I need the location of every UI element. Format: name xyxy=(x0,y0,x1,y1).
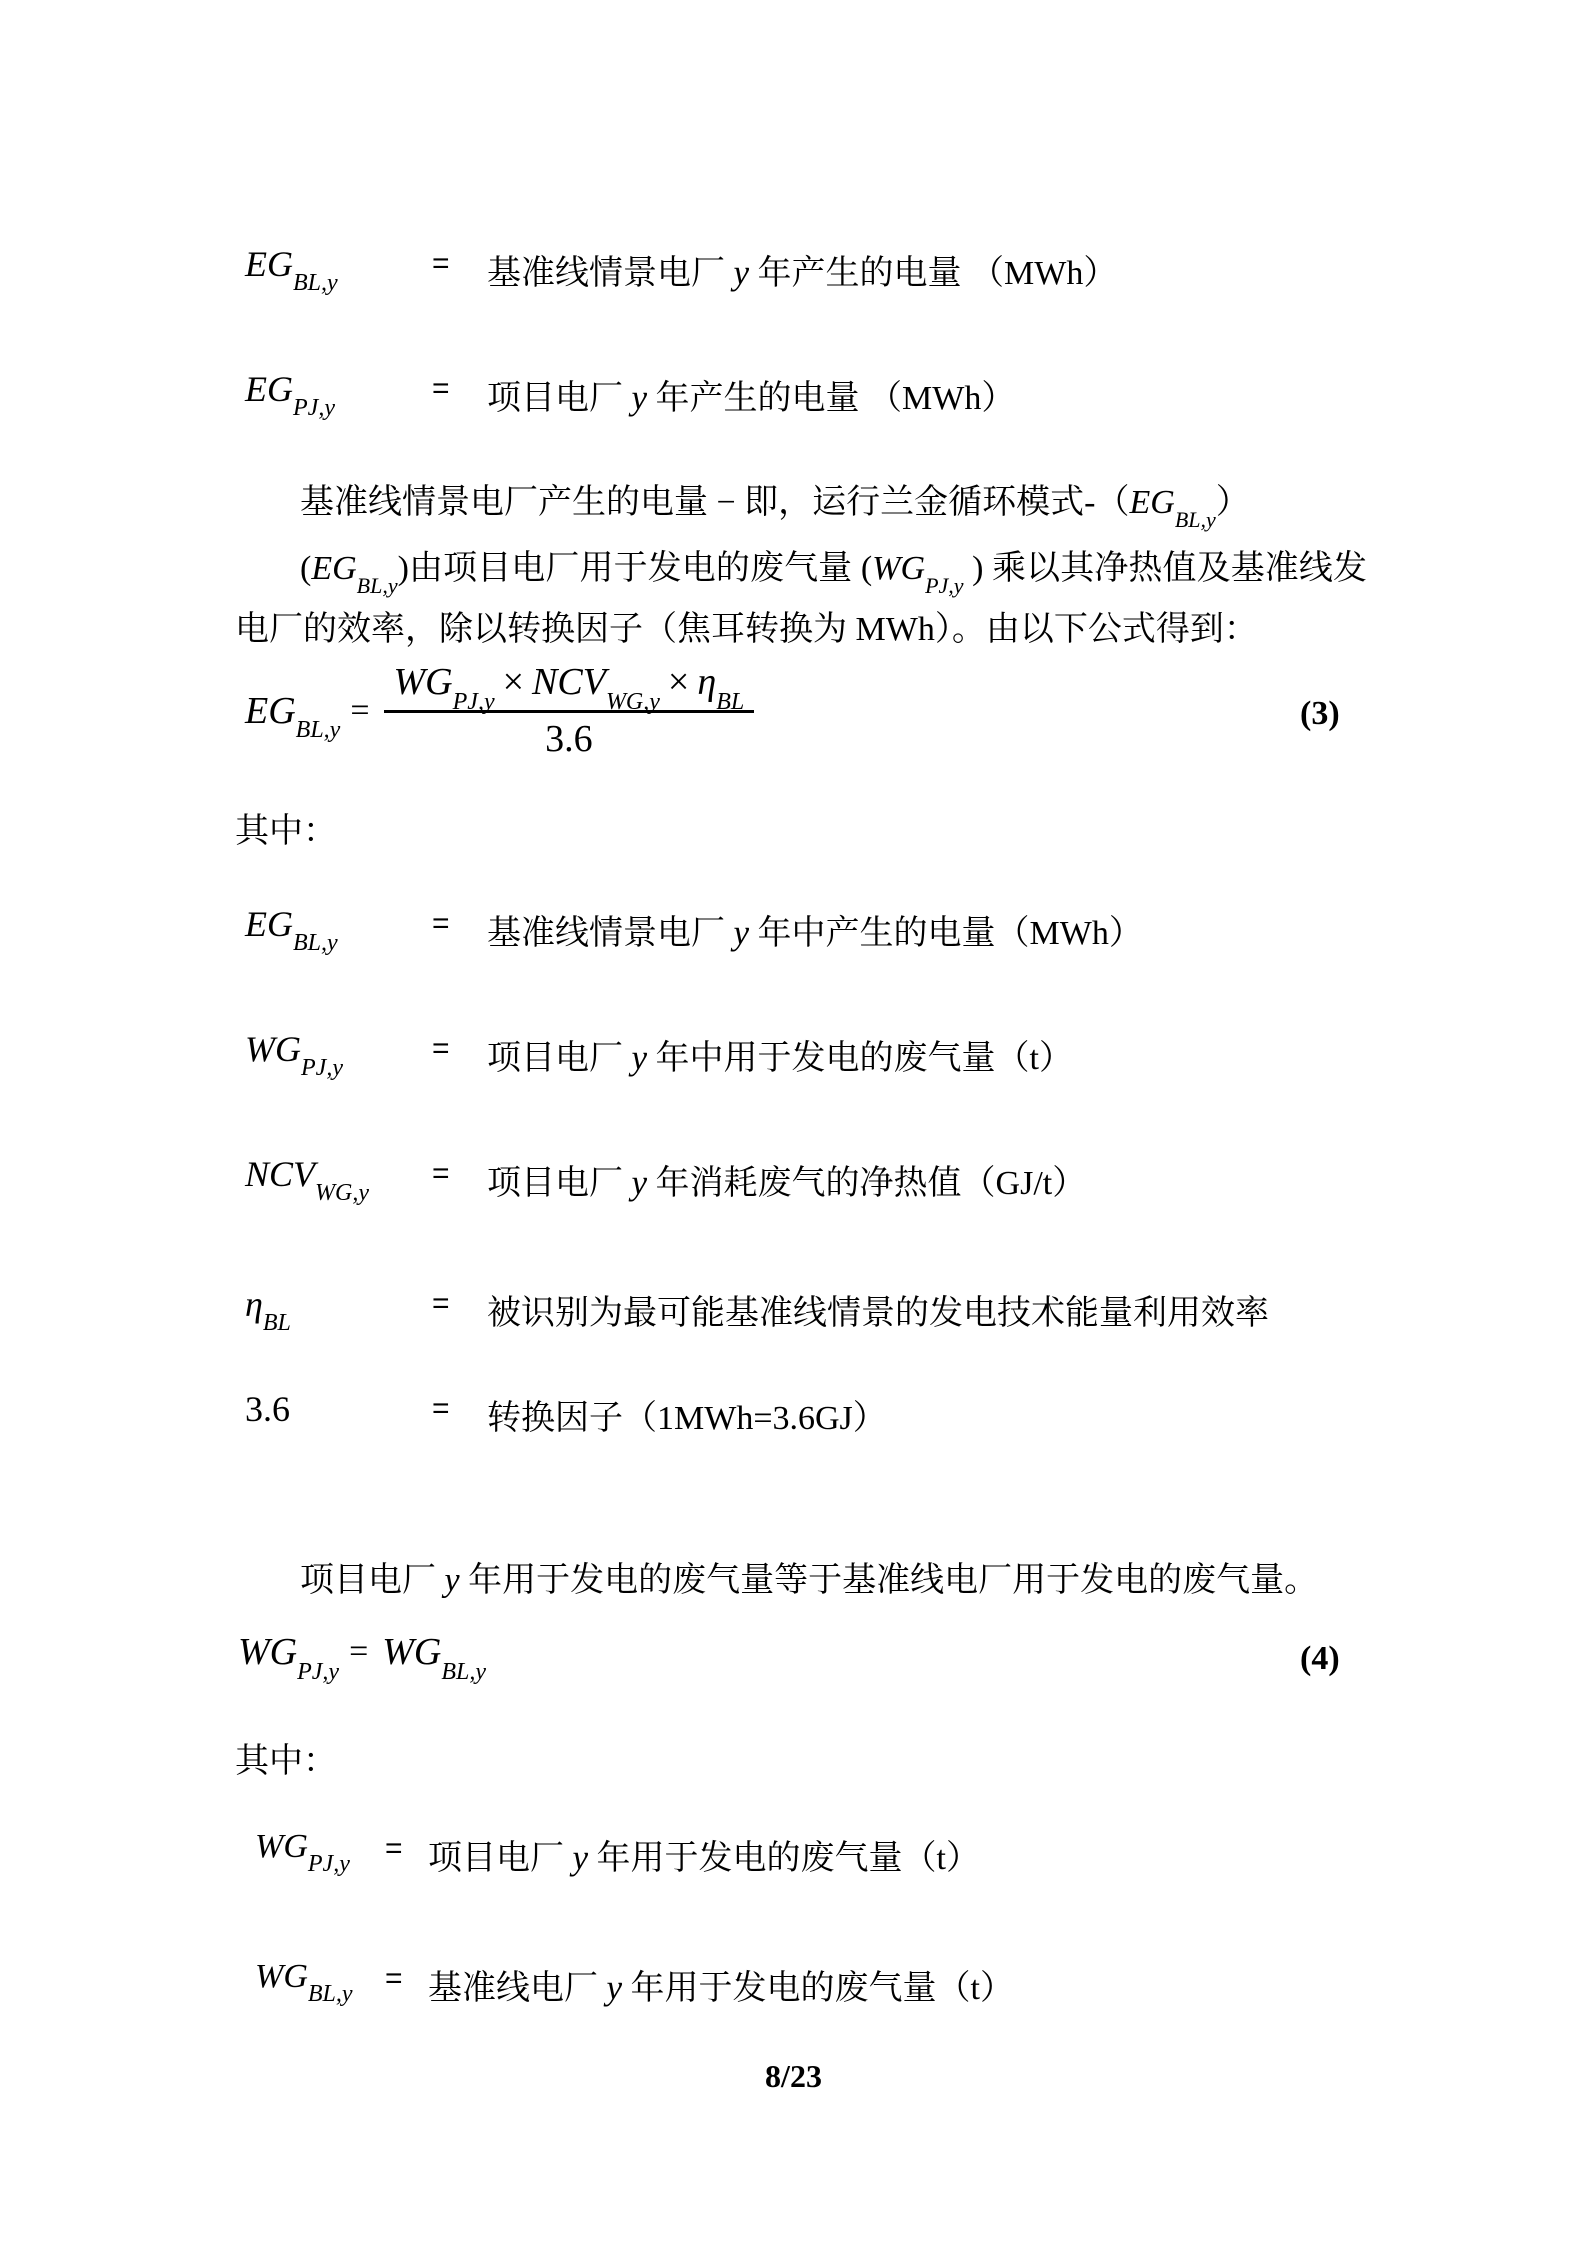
document-page: EGBL,y = 基准线情景电厂 y 年产生的电量 （MWh） EGPJ,y =… xyxy=(0,0,1587,2245)
fraction-denominator: 3.6 xyxy=(545,713,593,761)
equals-sign: = xyxy=(349,1633,368,1671)
definition-term: NCVWG,y xyxy=(245,1153,369,1195)
definition-row: EGBL,y = 基准线情景电厂 y 年中产生的电量（MWh） xyxy=(0,903,1587,963)
definition-description: 转换因子（1MWh=3.6GJ） xyxy=(487,1390,887,1439)
definition-term: EGBL,y xyxy=(245,903,338,945)
equals-sign: = xyxy=(432,372,450,406)
definition-description: 项目电厂 y 年用于发电的废气量（t） xyxy=(428,1830,980,1879)
where-label: 其中： xyxy=(235,803,337,852)
definition-term: WGPJ,y xyxy=(255,1828,350,1866)
paragraph-formula-explanation: (EGBL,y)由项目电厂用于发电的废气量 (WGPJ,y ) 乘以其净热值及基… xyxy=(235,538,1367,660)
formula-number: (3) xyxy=(1300,695,1340,733)
definition-term: WGBL,y xyxy=(255,1958,353,1996)
definition-description: 基准线情景电厂 y 年中产生的电量（MWh） xyxy=(487,905,1143,954)
formula-4: WGPJ,y = WGBL,y xyxy=(238,1630,486,1674)
definition-term: EGPJ,y xyxy=(245,368,335,410)
where-label: 其中： xyxy=(235,1733,337,1782)
equals-sign: = xyxy=(385,1832,403,1866)
equals-sign: = xyxy=(432,1157,450,1191)
definition-row: WGBL,y = 基准线电厂 y 年用于发电的废气量（t） xyxy=(0,1958,1587,2018)
definition-term: WGPJ,y xyxy=(245,1028,343,1070)
definition-description: 基准线电厂 y 年用于发电的废气量（t） xyxy=(428,1960,1014,2009)
definition-description: 项目电厂 y 年中用于发电的废气量（t） xyxy=(487,1030,1073,1079)
equals-sign: = xyxy=(432,1287,450,1321)
definition-row: WGPJ,y = 项目电厂 y 年中用于发电的废气量（t） xyxy=(0,1028,1587,1088)
definition-description: 基准线情景电厂 y 年产生的电量 （MWh） xyxy=(487,245,1117,294)
fraction-numerator: WGPJ,y×NCVWG,y×ηBL xyxy=(384,660,755,713)
definition-term: 3.6 xyxy=(245,1388,290,1430)
formula-3: EGBL,y = WGPJ,y×NCVWG,y×ηBL 3.6 xyxy=(245,660,754,761)
definition-description: 项目电厂 y 年产生的电量 （MWh） xyxy=(487,370,1015,419)
fraction: WGPJ,y×NCVWG,y×ηBL 3.6 xyxy=(384,660,755,761)
definition-description: 项目电厂 y 年消耗废气的净热值（GJ/t） xyxy=(487,1155,1086,1204)
formula-number: (4) xyxy=(1300,1640,1340,1678)
definition-row: EGBL,y = 基准线情景电厂 y 年产生的电量 （MWh） xyxy=(0,243,1587,303)
formula-lhs: WGPJ,y xyxy=(238,1630,339,1674)
page-number: 8/23 xyxy=(0,2058,1587,2095)
multiply-sign: × xyxy=(660,661,697,703)
definition-row: 3.6 = 转换因子（1MWh=3.6GJ） xyxy=(0,1388,1587,1448)
equals-sign: = xyxy=(385,1962,403,1996)
paragraph-baseline-intro: 基准线情景电厂产生的电量 − 即，运行兰金循环模式-（EGBL,y） xyxy=(235,472,1367,533)
formula-rhs: WGBL,y xyxy=(382,1630,486,1674)
equals-sign: = xyxy=(432,247,450,281)
definition-term: ηBL xyxy=(245,1283,291,1325)
equals-sign: = xyxy=(350,692,369,730)
definition-row: ηBL = 被识别为最可能基准线情景的发电技术能量利用效率 xyxy=(0,1283,1587,1343)
definition-row: WGPJ,y = 项目电厂 y 年用于发电的废气量（t） xyxy=(0,1828,1587,1888)
definition-row: NCVWG,y = 项目电厂 y 年消耗废气的净热值（GJ/t） xyxy=(0,1153,1587,1213)
equals-sign: = xyxy=(432,907,450,941)
equals-sign: = xyxy=(432,1032,450,1066)
equals-sign: = xyxy=(432,1392,450,1426)
definition-description: 被识别为最可能基准线情景的发电技术能量利用效率 xyxy=(487,1285,1269,1334)
definition-term: EGBL,y xyxy=(245,243,338,285)
definition-row: EGPJ,y = 项目电厂 y 年产生的电量 （MWh） xyxy=(0,368,1587,428)
multiply-sign: × xyxy=(495,661,532,703)
formula-lhs: EGBL,y xyxy=(245,689,340,733)
paragraph-wastegas: 项目电厂 y 年用于发电的废气量等于基准线电厂用于发电的废气量。 xyxy=(235,1550,1367,1611)
